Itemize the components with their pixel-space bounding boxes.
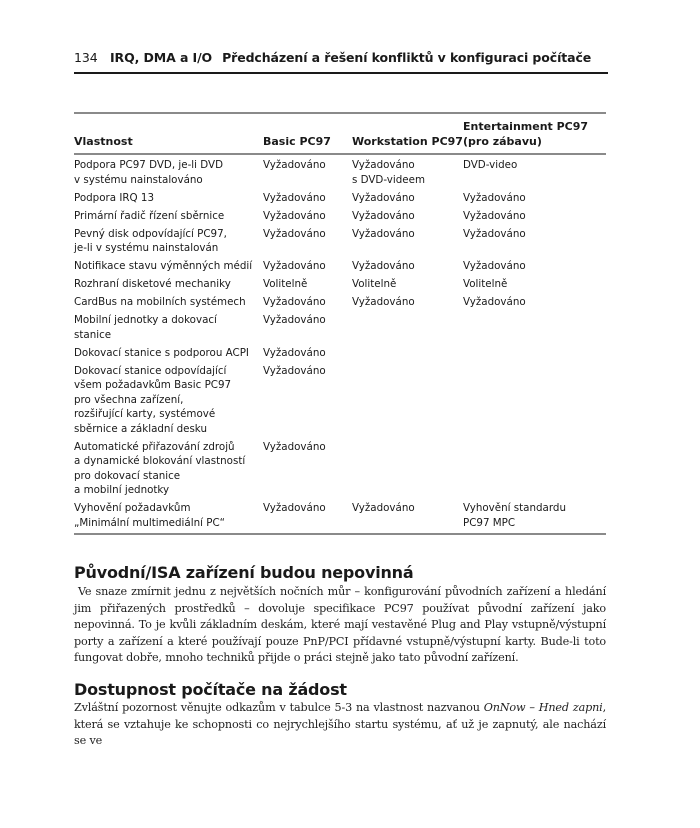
section-heading-onnow: Dostupnost počítače na žádost <box>74 680 347 699</box>
cell-feature: Dokovací stanice odpovídající všem požad… <box>74 364 259 437</box>
cell-basic: Vyžadováno <box>263 227 351 242</box>
cell-entertainment: Vyhovění standardu PC97 MPC <box>463 501 608 530</box>
cell-feature: Podpora PC97 DVD, je-li DVD v systému na… <box>74 158 259 187</box>
cell-workstation: Vyžadováno <box>352 259 462 274</box>
cell-basic: Vyžadováno <box>263 346 351 361</box>
pc97-requirements-table: Vlastnost Basic PC97 Workstation PC97 En… <box>74 118 606 154</box>
cell-basic: Vyžadováno <box>263 191 351 206</box>
onnow-term: OnNow – Hned zapni <box>484 701 603 714</box>
cell-basic: Vyžadováno <box>263 440 351 455</box>
section-heading-legacy-isa: Původní/ISA zařízení budou nepovinná <box>74 563 413 582</box>
cell-workstation: Vyžadováno <box>352 227 462 242</box>
table-header: Vlastnost Basic PC97 Workstation PC97 En… <box>74 118 606 154</box>
table-body: Podpora PC97 DVD, je-li DVD v systému na… <box>74 158 606 534</box>
cell-feature: Primární řadič řízení sběrnice <box>74 209 259 224</box>
cell-basic: Vyžadováno <box>263 209 351 224</box>
cell-workstation: Vyžadováno <box>352 501 462 516</box>
book-page: 134IRQ, DMA a I/OPředcházení a řešení ko… <box>0 0 700 828</box>
table-row: Dokovací stanice s podporou ACPIVyžadová… <box>74 346 606 361</box>
cell-feature: Automatické přiřazování zdrojů a dynamic… <box>74 440 259 498</box>
cell-entertainment: Vyžadováno <box>463 259 608 274</box>
cell-feature: CardBus na mobilních systémech <box>74 295 259 310</box>
cell-basic: Vyžadováno <box>263 259 351 274</box>
cell-basic: Volitelně <box>263 277 351 292</box>
table-row: Dokovací stanice odpovídající všem požad… <box>74 364 606 437</box>
table-row: Pevný disk odpovídající PC97, je-li v sy… <box>74 227 606 256</box>
cell-feature: Rozhraní disketové mechaniky <box>74 277 259 292</box>
table-row: Podpora PC97 DVD, je-li DVD v systému na… <box>74 158 606 187</box>
column-header-entertainment: Entertainment PC97 (pro zábavu) <box>463 120 608 149</box>
paragraph-text: Zvláštní pozornost věnujte odkazům v tab… <box>74 701 484 714</box>
cell-entertainment: Volitelně <box>463 277 608 292</box>
cell-feature: Dokovací stanice s podporou ACPI <box>74 346 259 361</box>
cell-workstation: Vyžadováno <box>352 295 462 310</box>
cell-feature: Podpora IRQ 13 <box>74 191 259 206</box>
cell-workstation: Vyžadováno s DVD-videem <box>352 158 462 187</box>
cell-feature: Notifikace stavu výměnných médií <box>74 259 259 274</box>
cell-workstation: Vyžadováno <box>352 191 462 206</box>
table-row: Mobilní jednotky a dokovací staniceVyžad… <box>74 313 606 342</box>
column-header-workstation: Workstation PC97 <box>352 135 462 150</box>
table-row: Vyhovění požadavkům „Minimální multimedi… <box>74 501 606 530</box>
cell-basic: Vyžadováno <box>263 295 351 310</box>
chapter-title: IRQ, DMA a I/O <box>110 50 212 65</box>
column-header-basic: Basic PC97 <box>263 135 351 150</box>
table-row: Notifikace stavu výměnných médiíVyžadová… <box>74 259 606 274</box>
page-number: 134 <box>74 50 110 65</box>
table-top-rule <box>74 112 606 114</box>
paragraph-onnow: Zvláštní pozornost věnujte odkazům v tab… <box>74 700 606 750</box>
table-row: Rozhraní disketové mechanikyVolitelněVol… <box>74 277 606 292</box>
table-row: Automatické přiřazování zdrojů a dynamic… <box>74 440 606 498</box>
running-head: 134IRQ, DMA a I/OPředcházení a řešení ko… <box>74 50 608 65</box>
table-row: Podpora IRQ 13VyžadovánoVyžadovánoVyžado… <box>74 191 606 206</box>
section-running-title: Předcházení a řešení konfliktů v konfigu… <box>222 50 591 65</box>
cell-entertainment: Vyžadováno <box>463 295 608 310</box>
cell-entertainment: Vyžadováno <box>463 227 608 242</box>
header-rule <box>74 72 608 74</box>
cell-entertainment: Vyžadováno <box>463 191 608 206</box>
cell-entertainment: Vyžadováno <box>463 209 608 224</box>
cell-feature: Pevný disk odpovídající PC97, je-li v sy… <box>74 227 259 256</box>
cell-entertainment: DVD-video <box>463 158 608 173</box>
cell-workstation: Volitelně <box>352 277 462 292</box>
cell-feature: Mobilní jednotky a dokovací stanice <box>74 313 259 342</box>
table-row: Primární řadič řízení sběrniceVyžadováno… <box>74 209 606 224</box>
column-header-feature: Vlastnost <box>74 135 259 150</box>
cell-basic: Vyžadováno <box>263 158 351 173</box>
cell-feature: Vyhovění požadavkům „Minimální multimedi… <box>74 501 259 530</box>
cell-basic: Vyžadováno <box>263 364 351 379</box>
paragraph-legacy-isa: Ve snaze zmírnit jednu z největších nočn… <box>74 584 606 667</box>
cell-workstation: Vyžadováno <box>352 209 462 224</box>
table-row: CardBus na mobilních systémechVyžadováno… <box>74 295 606 310</box>
cell-basic: Vyžadováno <box>263 313 351 328</box>
cell-basic: Vyžadováno <box>263 501 351 516</box>
